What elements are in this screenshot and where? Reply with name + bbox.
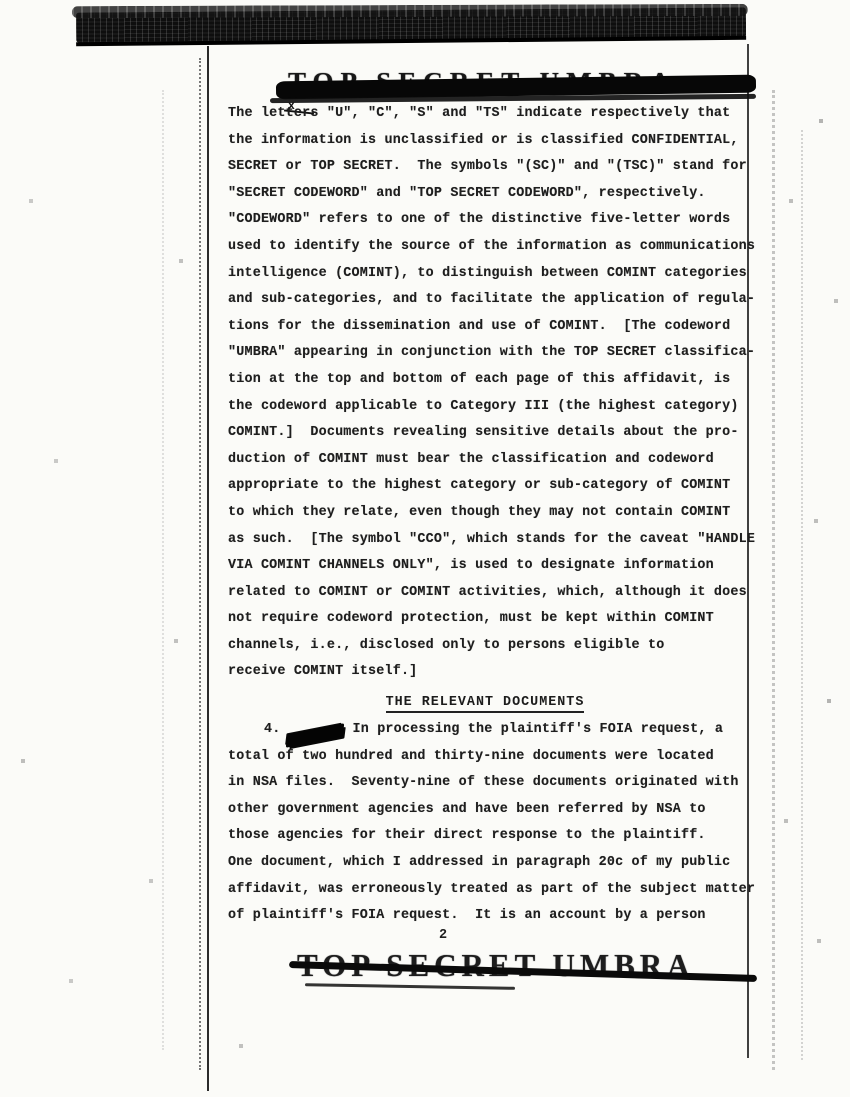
body-line: the codeword applicable to Category III … <box>228 399 742 426</box>
body-line: those agencies for their direct response… <box>228 828 742 855</box>
body-line: "UMBRA" appearing in conjunction with th… <box>228 345 742 372</box>
body-line: affidavit, was erroneously treated as pa… <box>228 882 742 909</box>
scan-noise-column <box>162 90 164 1050</box>
body-line: and sub-categories, and to facilitate th… <box>228 292 742 319</box>
body-line: One document, which I addressed in parag… <box>228 855 742 882</box>
body-line: related to COMINT or COMINT activities, … <box>228 585 742 612</box>
section-heading-row: THE RELEVANT DOCUMENTS <box>228 692 742 713</box>
body-line: In processing the plaintiff's FOIA reque… <box>352 722 723 749</box>
scanned-affidavit-page: TOP SECRET UMBRA x The letters "U", "C",… <box>0 0 850 1097</box>
scan-noise-column <box>772 90 775 1070</box>
page-border-left <box>207 46 209 1091</box>
body-line: intelligence (COMINT), to distinguish be… <box>228 266 742 293</box>
affidavit-body: The letters "U", "C", "S" and "TS" indic… <box>228 106 742 691</box>
body-line: VIA COMINT CHANNELS ONLY", is used to de… <box>228 558 742 585</box>
paragraph-number: 4. <box>264 722 280 749</box>
page-border-right <box>747 44 749 1058</box>
body-line: 4. In processing the plaintiff's FOIA re… <box>228 722 742 749</box>
body-line: "SECRET CODEWORD" and "TOP SECRET CODEWO… <box>228 186 742 213</box>
body-line: "CODEWORD" refers to one of the distinct… <box>228 212 742 239</box>
body-line: to which they relate, even though they m… <box>228 505 742 532</box>
section-heading: THE RELEVANT DOCUMENTS <box>386 695 585 713</box>
page-border-left-dotted <box>199 58 201 1070</box>
classification-header: TOP SECRET UMBRA x <box>288 66 728 110</box>
body-line: used to identify the source of the infor… <box>228 239 742 266</box>
body-line: tion at the top and bottom of each page … <box>228 372 742 399</box>
body-line: as such. [The symbol "CCO", which stands… <box>228 532 742 559</box>
body-line: tions for the dissemination and use of C… <box>228 319 742 346</box>
body-line: SECRET or TOP SECRET. The symbols "(SC)"… <box>228 159 742 186</box>
body-line: receive COMINT itself.] <box>228 664 742 691</box>
body-line: appropriate to the highest category or s… <box>228 478 742 505</box>
scan-speckles <box>0 0 2 2</box>
body-line: duction of COMINT must bear the classifi… <box>228 452 742 479</box>
scan-artifact-band <box>76 7 746 42</box>
body-line: COMINT.] Documents revealing sensitive d… <box>228 425 742 452</box>
redaction-scribble-icon <box>286 723 345 748</box>
body-line: channels, i.e., disclosed only to person… <box>228 638 742 665</box>
paragraph-4: 4. In processing the plaintiff's FOIA re… <box>228 722 742 935</box>
body-line: total of two hundred and thirty-nine doc… <box>228 749 742 776</box>
scan-noise-column <box>801 130 803 1060</box>
body-line: the information is unclassified or is cl… <box>228 133 742 160</box>
body-line: other government agencies and have been … <box>228 802 742 829</box>
page-number: 2 <box>228 928 658 943</box>
classification-footer: TOP SECRET UMBRA <box>297 948 747 1000</box>
body-line: not require codeword protection, must be… <box>228 611 742 638</box>
body-line: The letters "U", "C", "S" and "TS" indic… <box>228 106 742 133</box>
body-line: in NSA files. Seventy-nine of these docu… <box>228 775 742 802</box>
